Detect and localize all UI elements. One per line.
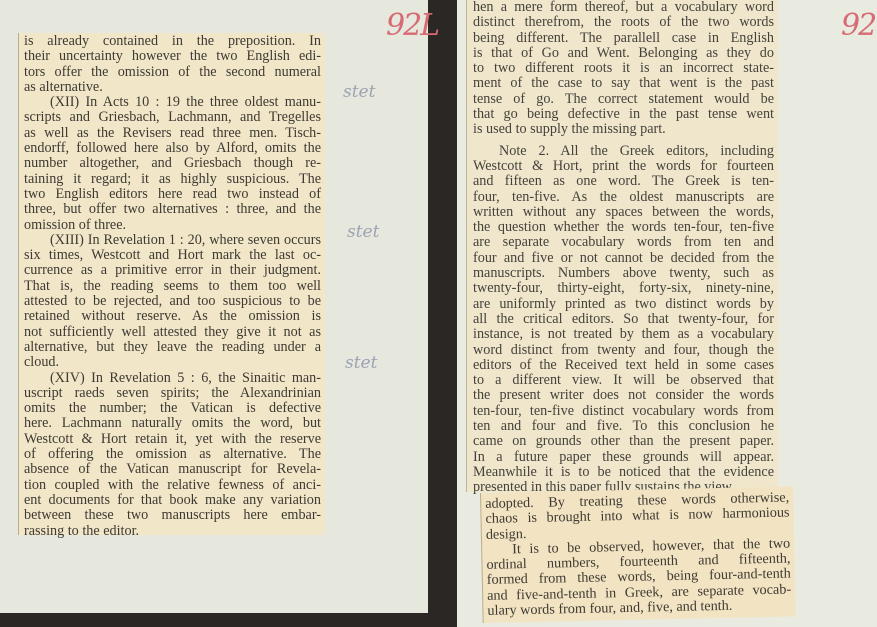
text-line: word distinct from twenty and four, thou… — [473, 343, 774, 358]
text-line: scripts and Griesbach, Lachmann, and Tre… — [24, 110, 321, 125]
text-line: the present writer does not consider the… — [473, 388, 774, 403]
text-line: number altogether, and Griesbach though … — [24, 156, 321, 171]
text-line: uscript raeds seven spirits; the Alexand… — [24, 386, 321, 401]
text-line: here. Lachmann naturally omits the word,… — [24, 416, 321, 431]
margin-note-stet: stet — [345, 353, 377, 373]
text-line: tion coupled with the relative fewness o… — [24, 478, 321, 493]
newspaper-clipping-right-bottom: adopted. By treating these words otherwi… — [480, 486, 796, 623]
text-line: to a different view. It will be observed… — [473, 373, 774, 388]
paragraph: Note 2. All the Greek editors, including… — [473, 144, 774, 496]
text-line: to two different roots it is an incorrec… — [473, 61, 774, 76]
text-line: tors offer the omission of the second nu… — [24, 65, 321, 80]
text-line: three, but offer two alternatives : thre… — [24, 202, 321, 217]
newspaper-clipping-right-top: hen a mere form thereof, but a vocabular… — [466, 0, 778, 492]
text-line: Westcott & Hort, print the words for fou… — [473, 159, 774, 174]
text-line: Meanwhile it is to be noticed that the e… — [473, 465, 774, 480]
text-line: between these two manuscripts here embar… — [24, 508, 321, 523]
text-line: Note 2. All the Greek editors, including — [473, 144, 774, 159]
text-line: as alternative. — [24, 80, 321, 95]
newspaper-clipping-left: is already contained in the preposition.… — [18, 33, 325, 535]
paragraph: is already contained in the preposition.… — [24, 34, 321, 95]
text-line: omission of three. — [24, 218, 321, 233]
margin-note-stet: stet — [347, 222, 379, 242]
text-line: endorff, followed here also by Alford, o… — [24, 141, 321, 156]
text-line: (XII) In Acts 10 : 19 the three oldest m… — [24, 95, 321, 110]
text-line: omits the number; the Vatican is defecti… — [24, 401, 321, 416]
text-line: are uniformly printed as two distinct wo… — [473, 297, 774, 312]
text-line: written without any spaces between the w… — [473, 205, 774, 220]
paragraph: (XIII) In Revelation 1 : 20, where seven… — [24, 233, 321, 371]
page-number: 92 — [841, 8, 875, 43]
margin-note-stet: stet — [343, 82, 375, 102]
text-line: and fifteen as one word. The Greek is te… — [473, 174, 774, 189]
paragraph: It is to be observed, however, that the … — [486, 536, 792, 619]
page-number: 92L — [386, 8, 438, 43]
text-line: That is, the reading seems to them too w… — [24, 279, 321, 294]
paragraph: (XII) In Acts 10 : 19 the three oldest m… — [24, 95, 321, 233]
text-line: ten and four and five. To this conclusio… — [473, 419, 774, 434]
text-line: instance, is not treated by them as a vo… — [473, 327, 774, 342]
paragraph: (XIV) In Revelation 5 : 6, the Sinaitic … — [24, 371, 321, 539]
text-line: twenty-four, thirty-eight, forty-six, ni… — [473, 281, 774, 296]
text-line: is that of Go and Went. Belonging as the… — [473, 46, 774, 61]
text-line: are separate vocabulary words from ten a… — [473, 235, 774, 250]
text-line: as well as the Revisers read three men. … — [24, 126, 321, 141]
text-line: of offering the omission as alternative.… — [24, 447, 321, 462]
text-line: attested to be rejected, and too suspici… — [24, 294, 321, 309]
text-line: ten-four, ten-five distinct vocabulary w… — [473, 404, 774, 419]
text-line: (XIII) In Revelation 1 : 20, where seven… — [24, 233, 321, 248]
text-line: ment of the case to say that went is the… — [473, 76, 774, 91]
text-line: cloud. — [24, 355, 321, 370]
text-line: all the critical editors. So that twenty… — [473, 312, 774, 327]
text-line: alternative, but they leave the reading … — [24, 340, 321, 355]
text-line: six times, Westcott and Hort mark the la… — [24, 248, 321, 263]
text-line: being different. The parallell case in E… — [473, 31, 774, 46]
text-line: is already contained in the preposition.… — [24, 34, 321, 49]
text-line: Westcott & Hort retain it, yet with the … — [24, 432, 321, 447]
text-line: hen a mere form thereof, but a vocabular… — [473, 0, 774, 15]
paragraph: adopted. By treating these words otherwi… — [485, 491, 790, 543]
text-line: their uncertainty however the two Englis… — [24, 49, 321, 64]
text-line: taining it regard; it as highly suspicio… — [24, 172, 321, 187]
paragraph: hen a mere form thereof, but a vocabular… — [473, 0, 774, 138]
text-line: the question whether the words ten-four,… — [473, 220, 774, 235]
text-line: came on grounds other than the present p… — [473, 434, 774, 449]
text-line: is used to supply the missing part. — [473, 122, 774, 137]
text-line: rassing to the editor. — [24, 524, 321, 539]
text-line: editors of the Received text held in som… — [473, 358, 774, 373]
text-line: four and five or not cannot be decided f… — [473, 251, 774, 266]
text-line: (XIV) In Revelation 5 : 6, the Sinaitic … — [24, 371, 321, 386]
text-line: ent documents for that book make any var… — [24, 493, 321, 508]
text-line: two English editors here read two instea… — [24, 187, 321, 202]
text-line: retained without reserve. As the omissio… — [24, 309, 321, 324]
text-line: distinct therefrom, the roots of the two… — [473, 15, 774, 30]
text-line: absence of the Vatican manuscript for Re… — [24, 462, 321, 477]
text-line: not sufficiently well attested they give… — [24, 325, 321, 340]
text-line: tense of go. The correct statement would… — [473, 92, 774, 107]
text-line: currence as a primitive error in their j… — [24, 263, 321, 278]
text-line: four, ten-five. As the oldest manuscript… — [473, 190, 774, 205]
text-line: that go being defective in the past tens… — [473, 107, 774, 122]
text-line: In a future paper these grounds will app… — [473, 450, 774, 465]
text-line: manuscripts. Numbers above twenty, such … — [473, 266, 774, 281]
